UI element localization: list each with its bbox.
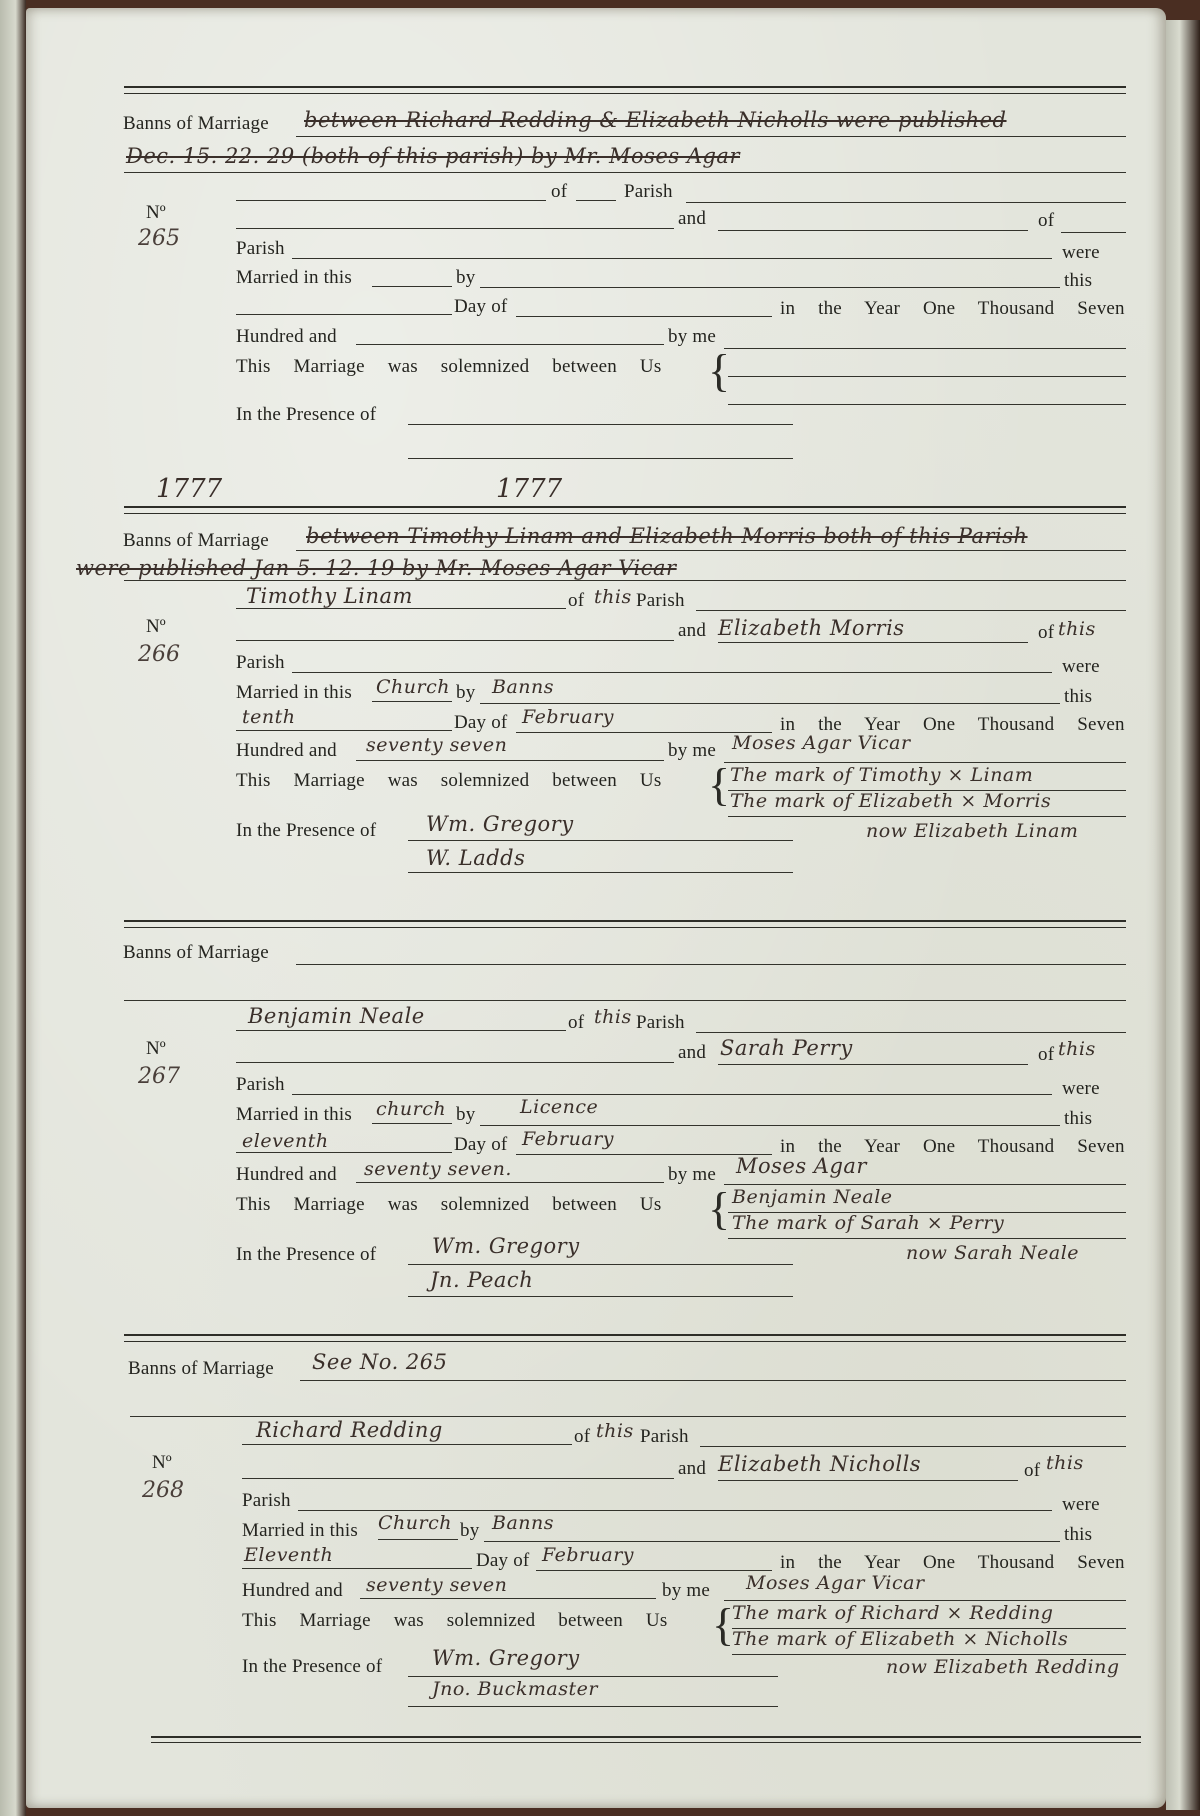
record-268: Banns of Marriage See No. 265 Richard Re… [96, 1334, 1126, 1734]
witness2: Jn. Peach [430, 1268, 533, 1292]
groom-name: Benjamin Neale [248, 1004, 425, 1028]
banns-text-line2: Dec. 15. 22. 29 (both of this parish) by… [126, 144, 740, 168]
bride-name: Elizabeth Nicholls [718, 1452, 921, 1476]
year-note-left: 1777 [156, 474, 222, 504]
marriage-place: Church [378, 1512, 452, 1534]
page-bottom-rule [151, 1736, 1141, 1743]
officiant: Moses Agar Vicar [746, 1572, 925, 1594]
party-note: now Elizabeth Linam [866, 820, 1078, 842]
entry-number: 268 [142, 1478, 184, 1503]
party2-signature: The mark of Elizabeth × Nicholls [732, 1628, 1068, 1650]
marriage-place: church [376, 1098, 446, 1120]
number-label: Nº [146, 202, 166, 224]
groom-parish: this [596, 1420, 634, 1442]
witness1: Wm. Gregory [426, 812, 574, 836]
marriage-year-words: seventy seven [366, 1574, 507, 1596]
party1-signature: The mark of Timothy × Linam [730, 764, 1033, 786]
party-brace: { [708, 762, 730, 808]
book-edge [1166, 20, 1200, 1810]
groom-name: Timothy Linam [246, 584, 413, 608]
party2-signature: The mark of Sarah × Perry [732, 1212, 1004, 1234]
bride-parish: this [1058, 1038, 1096, 1060]
banns-text-line1: See No. 265 [312, 1350, 448, 1374]
groom-parish: this [594, 1006, 632, 1028]
banns-label: Banns of Marriage [123, 113, 269, 135]
marriage-month: February [522, 706, 614, 728]
marriage-by: Licence [520, 1096, 598, 1118]
banns-label: Banns of Marriage [128, 1358, 274, 1380]
party2-signature: The mark of Elizabeth × Morris [730, 790, 1051, 812]
bride-parish: this [1046, 1452, 1084, 1474]
marriage-year-words: seventy seven. [364, 1158, 512, 1180]
marriage-day: eleventh [242, 1130, 329, 1152]
marriage-year-words: seventy seven [366, 734, 507, 756]
record-265: Banns of Marriage between Richard Reddin… [96, 86, 1126, 506]
groom-name: Richard Redding [256, 1418, 443, 1442]
party1-signature: The mark of Richard × Redding [732, 1602, 1053, 1624]
entry-number: 267 [138, 1064, 180, 1089]
banns-label: Banns of Marriage [123, 942, 269, 964]
party-brace: { [712, 1602, 734, 1648]
record-top-rule [124, 1334, 1126, 1342]
officiant: Moses Agar [736, 1154, 867, 1178]
party-note: now Elizabeth Redding [886, 1656, 1120, 1678]
witness2: Jno. Buckmaster [432, 1678, 598, 1700]
marriage-by: Banns [492, 1512, 554, 1534]
entry-number: 266 [138, 642, 180, 667]
marriage-month: February [522, 1128, 614, 1150]
party-note: now Sarah Neale [906, 1242, 1079, 1264]
party1-signature: Benjamin Neale [732, 1186, 893, 1208]
party-brace: { [708, 348, 730, 394]
witness2: W. Ladds [426, 846, 525, 870]
party-brace: { [708, 1186, 730, 1232]
witness1: Wm. Gregory [432, 1646, 580, 1670]
entry-number: 265 [138, 226, 180, 251]
banns-label: Banns of Marriage [123, 530, 269, 552]
register-page: Banns of Marriage between Richard Reddin… [26, 8, 1166, 1808]
bride-parish: this [1058, 618, 1096, 640]
record-266: Banns of Marriage between Timothy Linam … [96, 506, 1126, 926]
bride-name: Elizabeth Morris [718, 616, 905, 640]
number-label: Nº [146, 616, 166, 638]
record-top-rule [124, 506, 1126, 514]
marriage-month: February [542, 1544, 634, 1566]
bride-name: Sarah Perry [720, 1036, 853, 1060]
record-267: Banns of Marriage Benjamin Neale of this… [96, 920, 1126, 1340]
witness1: Wm. Gregory [432, 1234, 580, 1258]
banns-text-line2: were published Jan 5. 12. 19 by Mr. Mose… [76, 556, 677, 580]
marriage-by: Banns [492, 676, 554, 698]
marriage-day: Eleventh [244, 1544, 333, 1566]
marriage-place: Church [376, 676, 450, 698]
officiant: Moses Agar Vicar [732, 732, 911, 754]
year-note-center: 1777 [496, 474, 562, 504]
banns-text-line1: between Richard Redding & Elizabeth Nich… [304, 108, 1007, 132]
groom-parish: this [594, 586, 632, 608]
number-label: Nº [146, 1038, 166, 1060]
facing-page-edge [0, 0, 26, 1816]
marriage-day: tenth [242, 706, 296, 728]
record-top-rule [124, 920, 1126, 928]
record-top-rule [124, 86, 1126, 94]
banns-text-line1: between Timothy Linam and Elizabeth Morr… [306, 524, 1028, 548]
number-label: Nº [152, 1452, 172, 1474]
